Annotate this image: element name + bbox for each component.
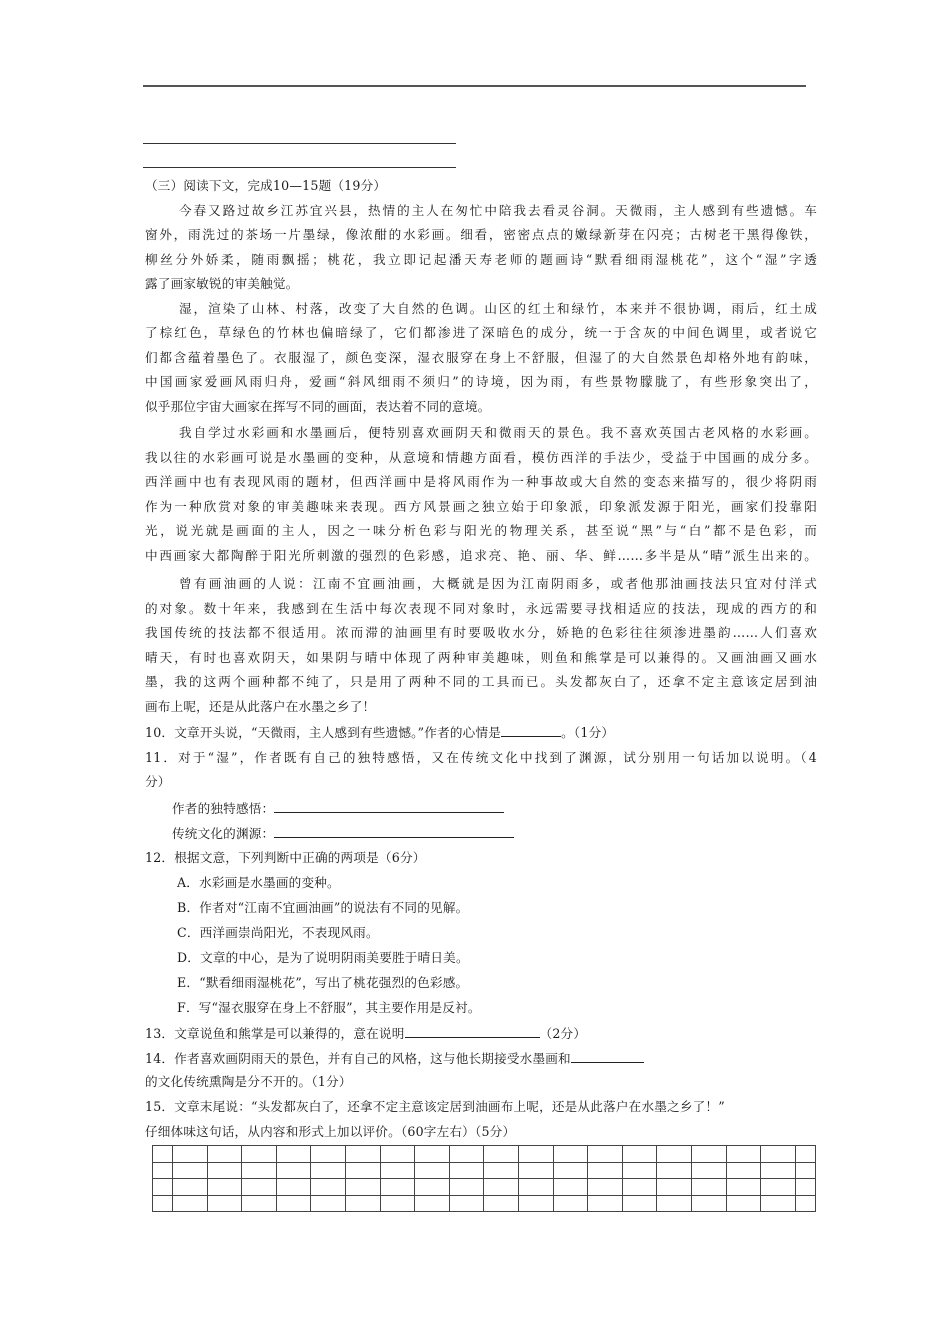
answer-blank-q11-insight[interactable]	[274, 800, 504, 813]
grid-cell[interactable]	[207, 1195, 242, 1212]
option-f[interactable]: F．写“湿衣服穿在身上不舒服”，其主要作用是反衬。	[177, 1000, 849, 1016]
grid-cell[interactable]	[622, 1179, 657, 1196]
grid-row	[153, 1195, 816, 1212]
grid-cell[interactable]	[173, 1162, 208, 1179]
grid-cell[interactable]	[276, 1179, 311, 1196]
question-10: 10．文章开头说，“天微雨，主人感到有些遗憾。”作者的心情是。（1分）	[145, 724, 817, 740]
section-header: （三）阅读下文，完成10—15题（19分）	[145, 178, 817, 194]
grid-cell[interactable]	[415, 1162, 450, 1179]
grid-cell[interactable]	[518, 1146, 553, 1163]
grid-cell[interactable]	[553, 1146, 588, 1163]
option-e[interactable]: E．“默看细雨湿桃花”，写出了桃花强烈的色彩感。	[177, 975, 849, 991]
answer-line-1	[143, 143, 456, 144]
grid-cell[interactable]	[518, 1179, 553, 1196]
question-13: 13．文章说鱼和熊掌是可以兼得的，意在说明（2分）	[145, 1025, 817, 1041]
grid-cell[interactable]	[207, 1146, 242, 1163]
paragraph-line: 中国画家爱画风雨归舟，爱画“斜风细雨不须归”的诗境，因为雨，有些景物朦胧了，有些…	[145, 374, 817, 390]
grid-cell[interactable]	[449, 1195, 484, 1212]
grid-cell[interactable]	[761, 1179, 796, 1196]
grid-cell[interactable]	[449, 1162, 484, 1179]
grid-cell[interactable]	[691, 1146, 726, 1163]
answer-line-top	[143, 85, 806, 87]
grid-cell[interactable]	[311, 1195, 346, 1212]
question-number: 13．	[145, 1026, 174, 1041]
grid-cell[interactable]	[345, 1146, 380, 1163]
grid-cell[interactable]	[795, 1179, 815, 1196]
grid-cell[interactable]	[657, 1162, 692, 1179]
grid-cell[interactable]	[761, 1146, 796, 1163]
grid-cell[interactable]	[691, 1179, 726, 1196]
question-points: 。（1分）	[561, 725, 614, 740]
grid-cell[interactable]	[153, 1195, 173, 1212]
option-key: C．	[177, 925, 200, 940]
option-key: F．	[177, 1000, 199, 1015]
question-number: 10．	[145, 725, 174, 740]
grid-cell[interactable]	[726, 1195, 761, 1212]
grid-cell[interactable]	[311, 1162, 346, 1179]
option-c[interactable]: C．西洋画崇尚阳光，不表现风雨。	[177, 925, 849, 941]
paragraph-line: 曾有画油画的人说：江南不宜画油画，大概就是因为江南阴雨多，或者他那油画技法只宜对…	[145, 576, 817, 592]
answer-blank-q13[interactable]	[405, 1025, 540, 1038]
grid-row	[153, 1162, 816, 1179]
question-number: 12．	[145, 850, 174, 865]
grid-cell[interactable]	[173, 1146, 208, 1163]
paragraph-line: 们都含蕴着墨色了。衣服湿了，颜色变深，湿衣服穿在身上不舒服，但湿了的大自然景色却…	[145, 350, 817, 366]
paragraph-line: 了棕红色，草绿色的竹林也偏暗绿了，它们都渗进了深暗色的成分，统一于含灰的中间色调…	[145, 325, 817, 341]
grid-cell[interactable]	[761, 1162, 796, 1179]
grid-cell[interactable]	[657, 1195, 692, 1212]
option-d[interactable]: D．文章的中心，是为了说明阴雨美要胜于晴日美。	[177, 950, 849, 966]
grid-cell[interactable]	[588, 1146, 623, 1163]
q11-sub-cultural-source: 传统文化的渊源：	[172, 825, 844, 841]
grid-cell[interactable]	[415, 1146, 450, 1163]
question-text: 文章开头说，“天微雨，主人感到有些遗憾。”作者的心情是	[174, 725, 501, 740]
paragraph-line: 中西画家大都陶醉于阳光所刺激的强烈的色彩感，追求亮、艳、丽、华、鲜……多半是从“…	[145, 548, 817, 564]
grid-cell[interactable]	[242, 1195, 277, 1212]
grid-cell[interactable]	[484, 1179, 519, 1196]
question-number: 11．	[145, 750, 178, 765]
grid-cell[interactable]	[207, 1179, 242, 1196]
option-text: 文章的中心，是为了说明阴雨美要胜于晴日美。	[200, 950, 469, 965]
grid-cell[interactable]	[622, 1162, 657, 1179]
grid-cell[interactable]	[345, 1179, 380, 1196]
grid-cell[interactable]	[311, 1179, 346, 1196]
grid-cell[interactable]	[795, 1162, 815, 1179]
paragraph-line: 露了画家敏锐的审美触觉。	[145, 276, 817, 292]
paragraph-line: 作为一种欣赏对象的审美趣味来表现。西方风景画之独立始于印象派，印象派发源于阳光，…	[145, 499, 817, 515]
paragraph-line: 我自学过水彩画和水墨画后，便特别喜欢画阴天和微雨天的景色。我不喜欢英国古老风格的…	[145, 425, 817, 441]
grid-cell[interactable]	[153, 1146, 173, 1163]
grid-cell[interactable]	[726, 1162, 761, 1179]
grid-cell[interactable]	[657, 1179, 692, 1196]
grid-cell[interactable]	[691, 1162, 726, 1179]
answer-grid[interactable]	[152, 1145, 816, 1212]
option-text: 西洋画崇尚阳光，不表现风雨。	[200, 925, 379, 940]
question-15-cont: 仔细体味这句话，从内容和形式上加以评价。（60字左右）（5分）	[145, 1124, 817, 1140]
grid-cell[interactable]	[484, 1162, 519, 1179]
question-11: 11．对于“湿”，作者既有自己的独特感悟，又在传统文化中找到了渊源，试分别用一句…	[145, 750, 817, 766]
grid-cell[interactable]	[449, 1146, 484, 1163]
option-b[interactable]: B．作者对“江南不宜画油画”的说法有不同的见解。	[177, 900, 849, 916]
grid-row	[153, 1179, 816, 1196]
question-15: 15．文章末尾说：“头发都灰白了，还拿不定主意该定居到油画布上呢，还是从此落户在…	[145, 1099, 817, 1115]
paragraph-line: 似乎那位宇宙大画家在挥写不同的画面，表达着不同的意境。	[145, 399, 817, 415]
grid-cell[interactable]	[553, 1162, 588, 1179]
answer-blank-q11-source[interactable]	[274, 825, 514, 838]
option-text: 水彩画是水墨画的变种。	[199, 875, 340, 890]
grid-cell[interactable]	[276, 1195, 311, 1212]
grid-cell[interactable]	[518, 1195, 553, 1212]
grid-cell[interactable]	[449, 1179, 484, 1196]
grid-cell[interactable]	[761, 1195, 796, 1212]
grid-cell[interactable]	[726, 1146, 761, 1163]
paragraph-line: 晴天，有时也喜欢阴天，如果阴与晴中体现了两种审美趣味，则鱼和熊掌是可以兼得的。又…	[145, 650, 817, 666]
question-text: 文章末尾说：“头发都灰白了，还拿不定主意该定居到油画布上呢，还是从此落户在水墨之…	[174, 1099, 725, 1114]
paragraph-line: 墨，我的这两个画种都不纯了，只是用了两种不同的工具而已。头发都灰白了，还拿不定主…	[145, 674, 817, 690]
question-12: 12．根据文意，下列判断中正确的两项是（6分）	[145, 850, 817, 866]
grid-cell[interactable]	[588, 1195, 623, 1212]
grid-cell[interactable]	[484, 1146, 519, 1163]
grid-cell[interactable]	[276, 1162, 311, 1179]
grid-cell[interactable]	[242, 1146, 277, 1163]
paragraph-line: 湿，渲染了山林、村落，改变了大自然的色调。山区的红土和绿竹，本来并不很协调，雨后…	[145, 301, 817, 317]
grid-cell[interactable]	[345, 1195, 380, 1212]
question-11-cont: 分）	[145, 774, 817, 790]
question-text: 作者喜欢画阴雨天的景色，并有自己的风格，这与他长期接受水墨画和	[174, 1051, 571, 1066]
answer-blank-q14[interactable]	[571, 1050, 644, 1063]
sub-label: 传统文化的渊源：	[172, 826, 274, 841]
grid-cell[interactable]	[242, 1179, 277, 1196]
option-text: 写“湿衣服穿在身上不舒服”，其主要作用是反衬。	[199, 1000, 481, 1015]
grid-cell[interactable]	[588, 1179, 623, 1196]
question-number: 15．	[145, 1099, 174, 1114]
grid-cell[interactable]	[415, 1179, 450, 1196]
grid-cell[interactable]	[153, 1162, 173, 1179]
grid-cell[interactable]	[518, 1162, 553, 1179]
option-key: A．	[177, 875, 199, 890]
paragraph-line: 的对象。数十年来，我感到在生活中每次表现不同对象时，永远需要寻找相适应的技法，现…	[145, 601, 817, 617]
grid-cell[interactable]	[588, 1162, 623, 1179]
grid-cell[interactable]	[553, 1179, 588, 1196]
answer-blank-q10[interactable]	[501, 724, 561, 737]
grid-cell[interactable]	[153, 1179, 173, 1196]
sub-label: 作者的独特感悟：	[172, 801, 274, 816]
question-14-cont: 的文化传统熏陶是分不开的。（1分）	[145, 1074, 817, 1090]
paragraph-line: 画布上呢，还是从此落户在水墨之乡了！	[145, 699, 817, 715]
grid-cell[interactable]	[173, 1179, 208, 1196]
grid-cell[interactable]	[173, 1195, 208, 1212]
option-text: 作者对“江南不宜画油画”的说法有不同的见解。	[199, 900, 468, 915]
question-text: 文章说鱼和熊掌是可以兼得的，意在说明	[174, 1026, 404, 1041]
grid-cell[interactable]	[795, 1195, 815, 1212]
option-key: E．	[177, 975, 199, 990]
option-text: “默看细雨湿桃花”，写出了桃花强烈的色彩感。	[199, 975, 468, 990]
question-number: 14．	[145, 1051, 174, 1066]
paragraph-line: 光，说光就是画面的主人，因之一味分析色彩与阳光的物理关系，甚至说“黑”与“白”都…	[145, 523, 817, 539]
paragraph-line: 今春又路过故乡江苏宜兴县，热情的主人在匆忙中陪我去看灵谷洞。天微雨，主人感到有些…	[145, 203, 817, 219]
grid-cell[interactable]	[380, 1162, 415, 1179]
grid-cell[interactable]	[622, 1195, 657, 1212]
question-points: （2分）	[540, 1026, 587, 1041]
paragraph-line: 西洋画中也有表现风雨的题材，但西洋画中是将风雨作为一种事故或大自然的变态来描写的…	[145, 474, 817, 490]
paragraph-line: 我以往的水彩画可说是水墨画的变种，从意境和情趣方面看，模仿西洋的手法少，受益于中…	[145, 450, 817, 466]
grid-cell[interactable]	[345, 1162, 380, 1179]
grid-cell[interactable]	[242, 1162, 277, 1179]
grid-cell[interactable]	[380, 1179, 415, 1196]
paragraph-line: 柳丝分外娇柔，随雨飘摇；桃花，我立即记起潘天寿老师的题画诗“默看细雨湿桃花”，这…	[145, 252, 817, 268]
grid-cell[interactable]	[415, 1195, 450, 1212]
option-a[interactable]: A．水彩画是水墨画的变种。	[177, 875, 849, 891]
grid-cell[interactable]	[380, 1146, 415, 1163]
grid-cell[interactable]	[726, 1179, 761, 1196]
grid-cell[interactable]	[553, 1195, 588, 1212]
option-key: B．	[177, 900, 199, 915]
question-text: 对于“湿”，作者既有自己的独特感悟，又在传统文化中找到了渊源，试分别用一句话加以…	[178, 750, 817, 765]
grid-cell[interactable]	[622, 1146, 657, 1163]
grid-cell[interactable]	[380, 1195, 415, 1212]
grid-cell[interactable]	[311, 1146, 346, 1163]
q11-sub-unique-insight: 作者的独特感悟：	[172, 800, 844, 816]
grid-cell[interactable]	[276, 1146, 311, 1163]
grid-cell[interactable]	[691, 1195, 726, 1212]
grid-cell[interactable]	[657, 1146, 692, 1163]
question-text: 根据文意，下列判断中正确的两项是（6分）	[174, 850, 425, 865]
option-key: D．	[177, 950, 200, 965]
paragraph-line: 我国传统的技法都不很适用。浓而滞的油画里有时要吸收水分，娇艳的色彩往往须渗进墨韵…	[145, 625, 817, 641]
grid-row	[153, 1146, 816, 1163]
grid-cell[interactable]	[207, 1162, 242, 1179]
grid-cell[interactable]	[484, 1195, 519, 1212]
paragraph-line: 窗外，雨洗过的茶场一片墨绿，像浓酣的水彩画。细看，密密点点的嫩绿新芽在闪亮；古树…	[145, 227, 817, 243]
grid-cell[interactable]	[795, 1146, 815, 1163]
answer-line-2	[143, 167, 456, 168]
question-14: 14．作者喜欢画阴雨天的景色，并有自己的风格，这与他长期接受水墨画和	[145, 1050, 817, 1066]
